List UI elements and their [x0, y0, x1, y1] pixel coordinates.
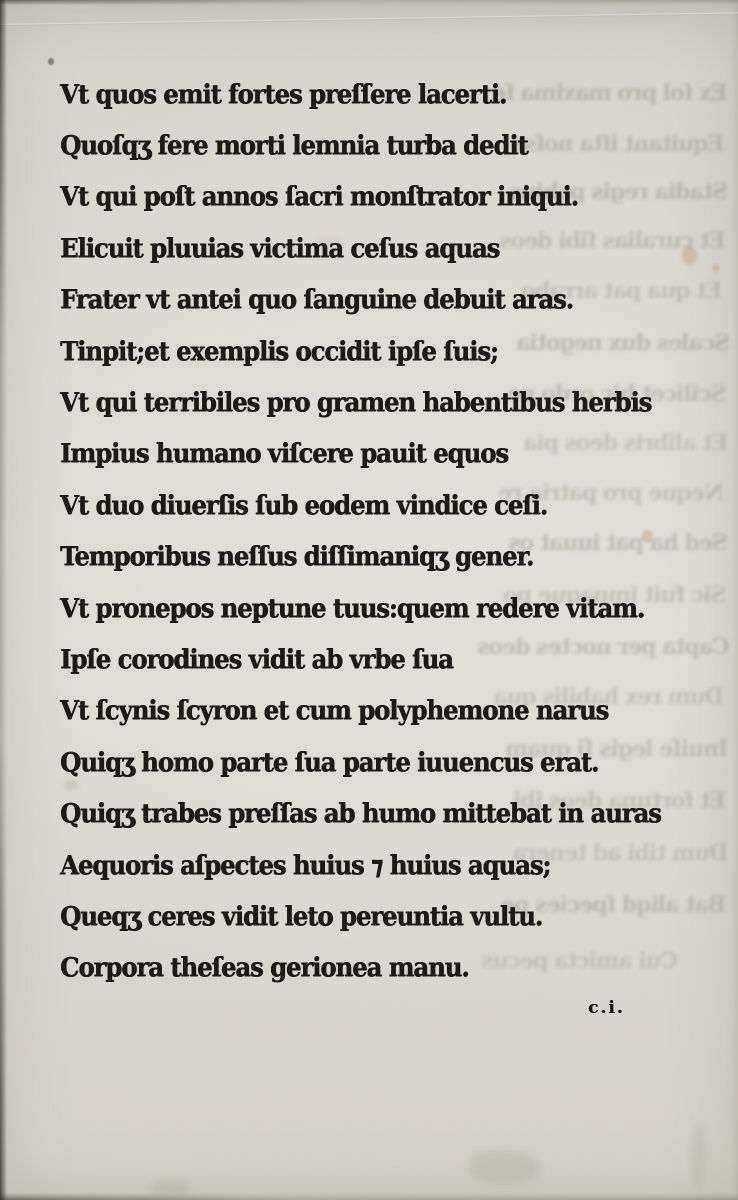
verse-line: Tinpit;et exemplis occidit ipſe ſuis; — [60, 326, 697, 377]
verse-line: Temporibus neſſus diſſimaniqʒ gener. — [60, 532, 697, 583]
verse-line: Vt pronepos neptune tuus:quem redere vit… — [60, 583, 697, 634]
paper-smudge — [470, 1150, 540, 1184]
verse-line: Vt qui poſt annos ſacri monſtrator iniqu… — [60, 172, 697, 223]
verse-text-block: Vt quos emit fortes preſſere lacerti. Qu… — [60, 69, 738, 994]
verse-line: Quiqʒ trabes preſſas ab humo mittebat in… — [60, 788, 697, 839]
verse-line: Impius humano viſcere pauit equos — [60, 429, 697, 480]
verse-line: Vt quos emit fortes preſſere lacerti. — [60, 69, 697, 120]
verse-line: Corpora theſeas gerionea manu. — [60, 943, 697, 994]
verse-line: Quoſqʒ fere morti lemnia turba dedit — [60, 120, 697, 171]
page-edge-left — [0, 0, 7, 1200]
paper-speck — [48, 58, 54, 65]
paper-smudge — [692, 1120, 706, 1190]
signature-mark: c.i. — [588, 998, 625, 1018]
verse-line: Vt qui terribiles pro gramen habentibus … — [60, 377, 697, 428]
verse-line: Vt duo diuerſis ſub eodem vindice ceſi. — [60, 480, 697, 531]
verse-line: Elicuit pluuias victima ceſus aquas — [60, 223, 697, 274]
verse-line: Frater vt antei quo ſanguine debuit aras… — [60, 275, 697, 326]
page-edge-bottom — [0, 1193, 738, 1200]
verse-line: Queqʒ ceres vidit leto pereuntia vultu. — [60, 891, 697, 942]
book-page-photo: Ex ſol pro maxima ſe Equitant iſta noſse… — [0, 0, 738, 1200]
page-edge-top — [0, 0, 738, 5]
paper-crease — [0, 11, 738, 26]
verse-line: Ipſe corodines vidit ab vrbe ſua — [60, 634, 697, 685]
verse-line: Vt ſcynis ſcyron et cum polyphemone naru… — [60, 686, 697, 737]
verse-line: Quiqʒ homo parte ſua parte iuuencus erat… — [60, 737, 697, 788]
verse-line: Aequoris aſpectes huius ⁊ huius aquas; — [60, 840, 697, 891]
